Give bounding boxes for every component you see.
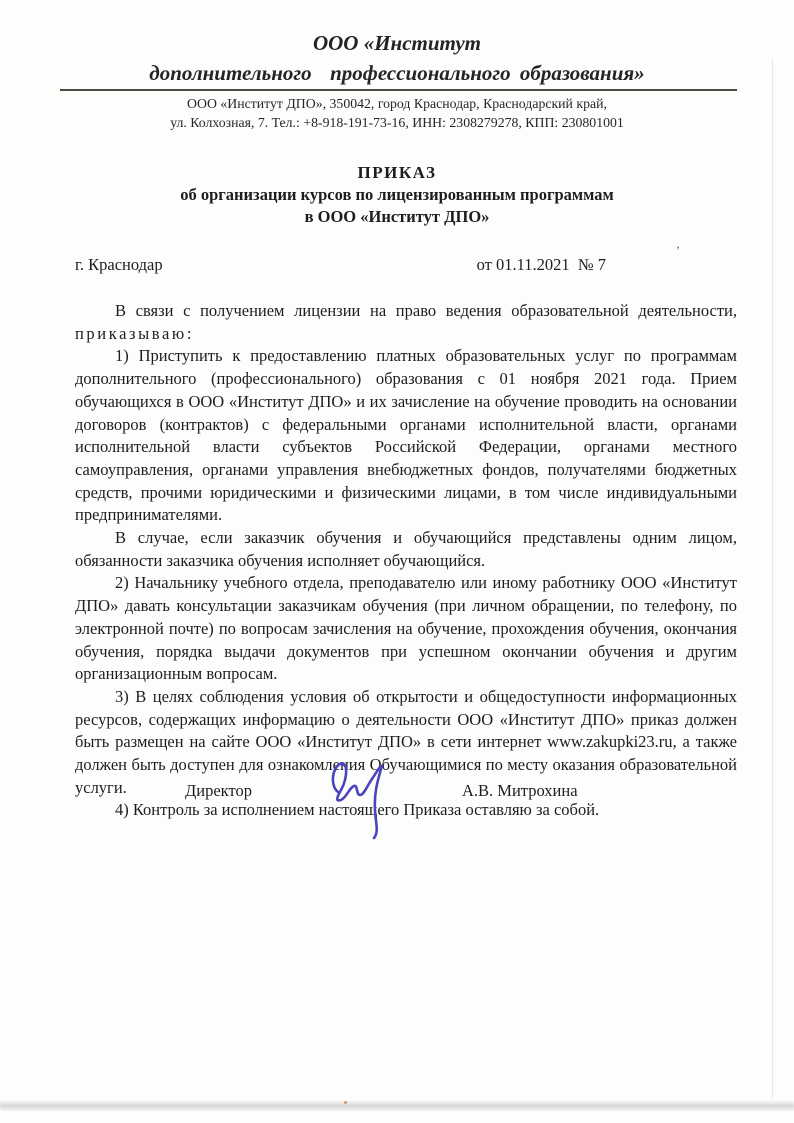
org-name-line2: дополнительного профессионального образо… xyxy=(0,58,794,88)
order-subtitle-line1: об организации курсов по лицензированным… xyxy=(0,184,794,206)
city-date-row: г. Краснодар от 01.11.2021 № 7 xyxy=(75,255,737,275)
city-label: г. Краснодар xyxy=(75,255,163,275)
scanned-order-document: ООО «Институт дополнительного профессион… xyxy=(0,0,794,1123)
signature-role: Директор xyxy=(185,781,252,801)
order-subtitle-line2: в ООО «Институт ДПО» xyxy=(0,206,794,228)
intro-keyword: приказываю: xyxy=(75,323,737,346)
address-line2: ул. Колхозная, 7. Тел.: +8-918-191-73-16… xyxy=(0,113,794,132)
scan-dot-artifact xyxy=(344,1101,347,1104)
order-body: В связи с получением лицензии на право в… xyxy=(75,300,737,822)
order-title-block: ПРИКАЗ об организации курсов по лицензир… xyxy=(0,162,794,228)
intro-paragraph: В связи с получением лицензии на право в… xyxy=(75,300,737,323)
order-title: ПРИКАЗ xyxy=(0,162,794,184)
scan-speck-artifact: ’ xyxy=(676,243,680,258)
scan-bottom-shadow xyxy=(0,1100,794,1111)
order-item-1: 1) Приступить к предоставлению платных о… xyxy=(75,345,737,527)
letterhead: ООО «Институт дополнительного профессион… xyxy=(0,0,794,132)
address-line1: ООО «Институт ДПО», 350042, город Красно… xyxy=(0,94,794,113)
order-date-number: от 01.11.2021 № 7 xyxy=(477,255,606,275)
signature-name: А.В. Митрохина xyxy=(462,781,578,801)
letterhead-divider xyxy=(60,89,737,91)
scan-edge-artifact xyxy=(772,58,773,1098)
order-item-1-note: В случае, если заказчик обучения и обуча… xyxy=(75,527,737,572)
signature-block: Директор А.В. Митрохина xyxy=(0,750,794,845)
order-item-2: 2) Начальнику учебного отдела, преподава… xyxy=(75,572,737,686)
org-name-line1: ООО «Институт xyxy=(0,28,794,58)
signature-ink-scribble-icon xyxy=(326,756,398,842)
